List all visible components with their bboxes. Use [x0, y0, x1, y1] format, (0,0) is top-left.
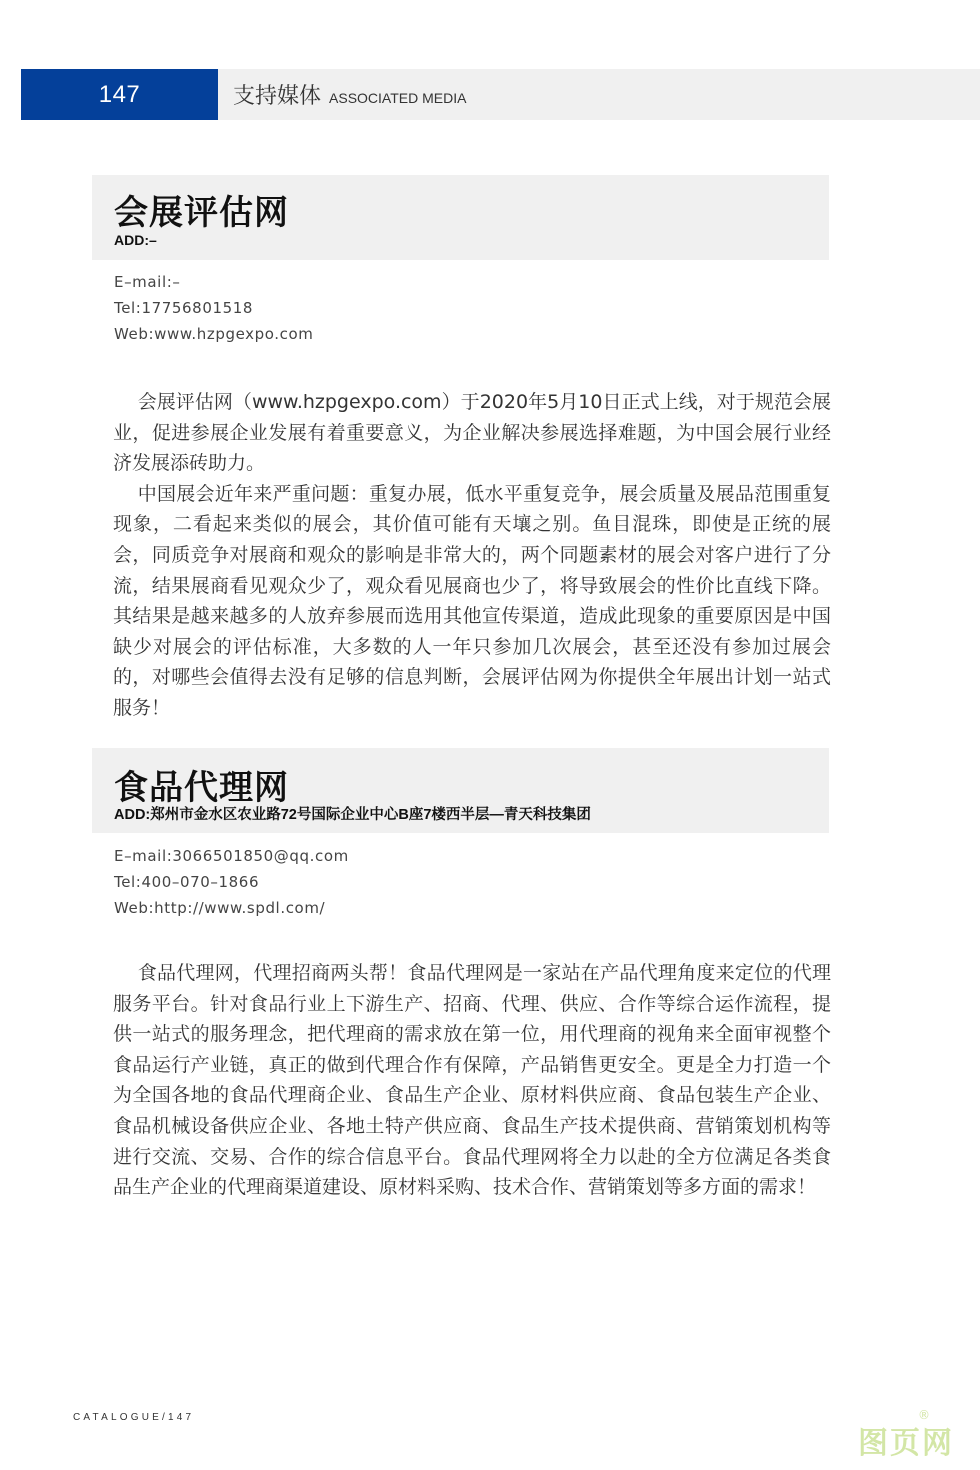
entry-description-1: 会展评估网（www.hzpgexpo.com）于2020年5月10日正式上线，对… [113, 387, 831, 724]
entry-web: Web:http://www.spdl.com/ [114, 895, 349, 921]
entry-tel: Tel:400–070–1866 [114, 869, 349, 895]
entry-name: 会展评估网 [114, 185, 289, 234]
watermark-logo: 图页网 [858, 1418, 954, 1462]
entry-header-1: 会展评估网 ADD:– [92, 175, 829, 260]
entry-email: E–mail:3066501850@qq.com [114, 843, 349, 869]
entry-address: ADD:郑州市金水区农业路72号国际企业中心B座7楼西半层—青天科技集团 [114, 803, 591, 824]
entry-description-2: 食品代理网，代理招商两头帮！食品代理网是一家站在产品代理角度来定位的代理服务平台… [113, 958, 831, 1203]
page-number: 147 [21, 69, 218, 120]
entry-email: E–mail:– [114, 269, 313, 295]
entry-web: Web:www.hzpgexpo.com [114, 321, 313, 347]
registered-mark-icon: ® [918, 1408, 930, 1422]
section-title-en: ASSOCIATED MEDIA [329, 90, 466, 106]
entry-contact-1: E–mail:– Tel:17756801518 Web:www.hzpgexp… [114, 269, 313, 347]
entry-contact-2: E–mail:3066501850@qq.com Tel:400–070–186… [114, 843, 349, 921]
entry-tel: Tel:17756801518 [114, 295, 313, 321]
paragraph: 食品代理网，代理招商两头帮！食品代理网是一家站在产品代理角度来定位的代理服务平台… [113, 958, 831, 1203]
paragraph: 会展评估网（www.hzpgexpo.com）于2020年5月10日正式上线，对… [113, 387, 831, 479]
paragraph: 中国展会近年来严重问题：重复办展，低水平重复竞争，展会质量及展品范围重复现象，二… [113, 479, 831, 724]
entry-address: ADD:– [114, 232, 157, 248]
footer-catalogue: CATALOGUE/147 [73, 1412, 194, 1423]
section-title: 支持媒体ASSOCIATED MEDIA [233, 69, 466, 120]
section-title-zh: 支持媒体 [233, 84, 321, 109]
entry-name: 食品代理网 [114, 760, 289, 809]
entry-header-2: 食品代理网 ADD:郑州市金水区农业路72号国际企业中心B座7楼西半层—青天科技… [92, 748, 829, 833]
